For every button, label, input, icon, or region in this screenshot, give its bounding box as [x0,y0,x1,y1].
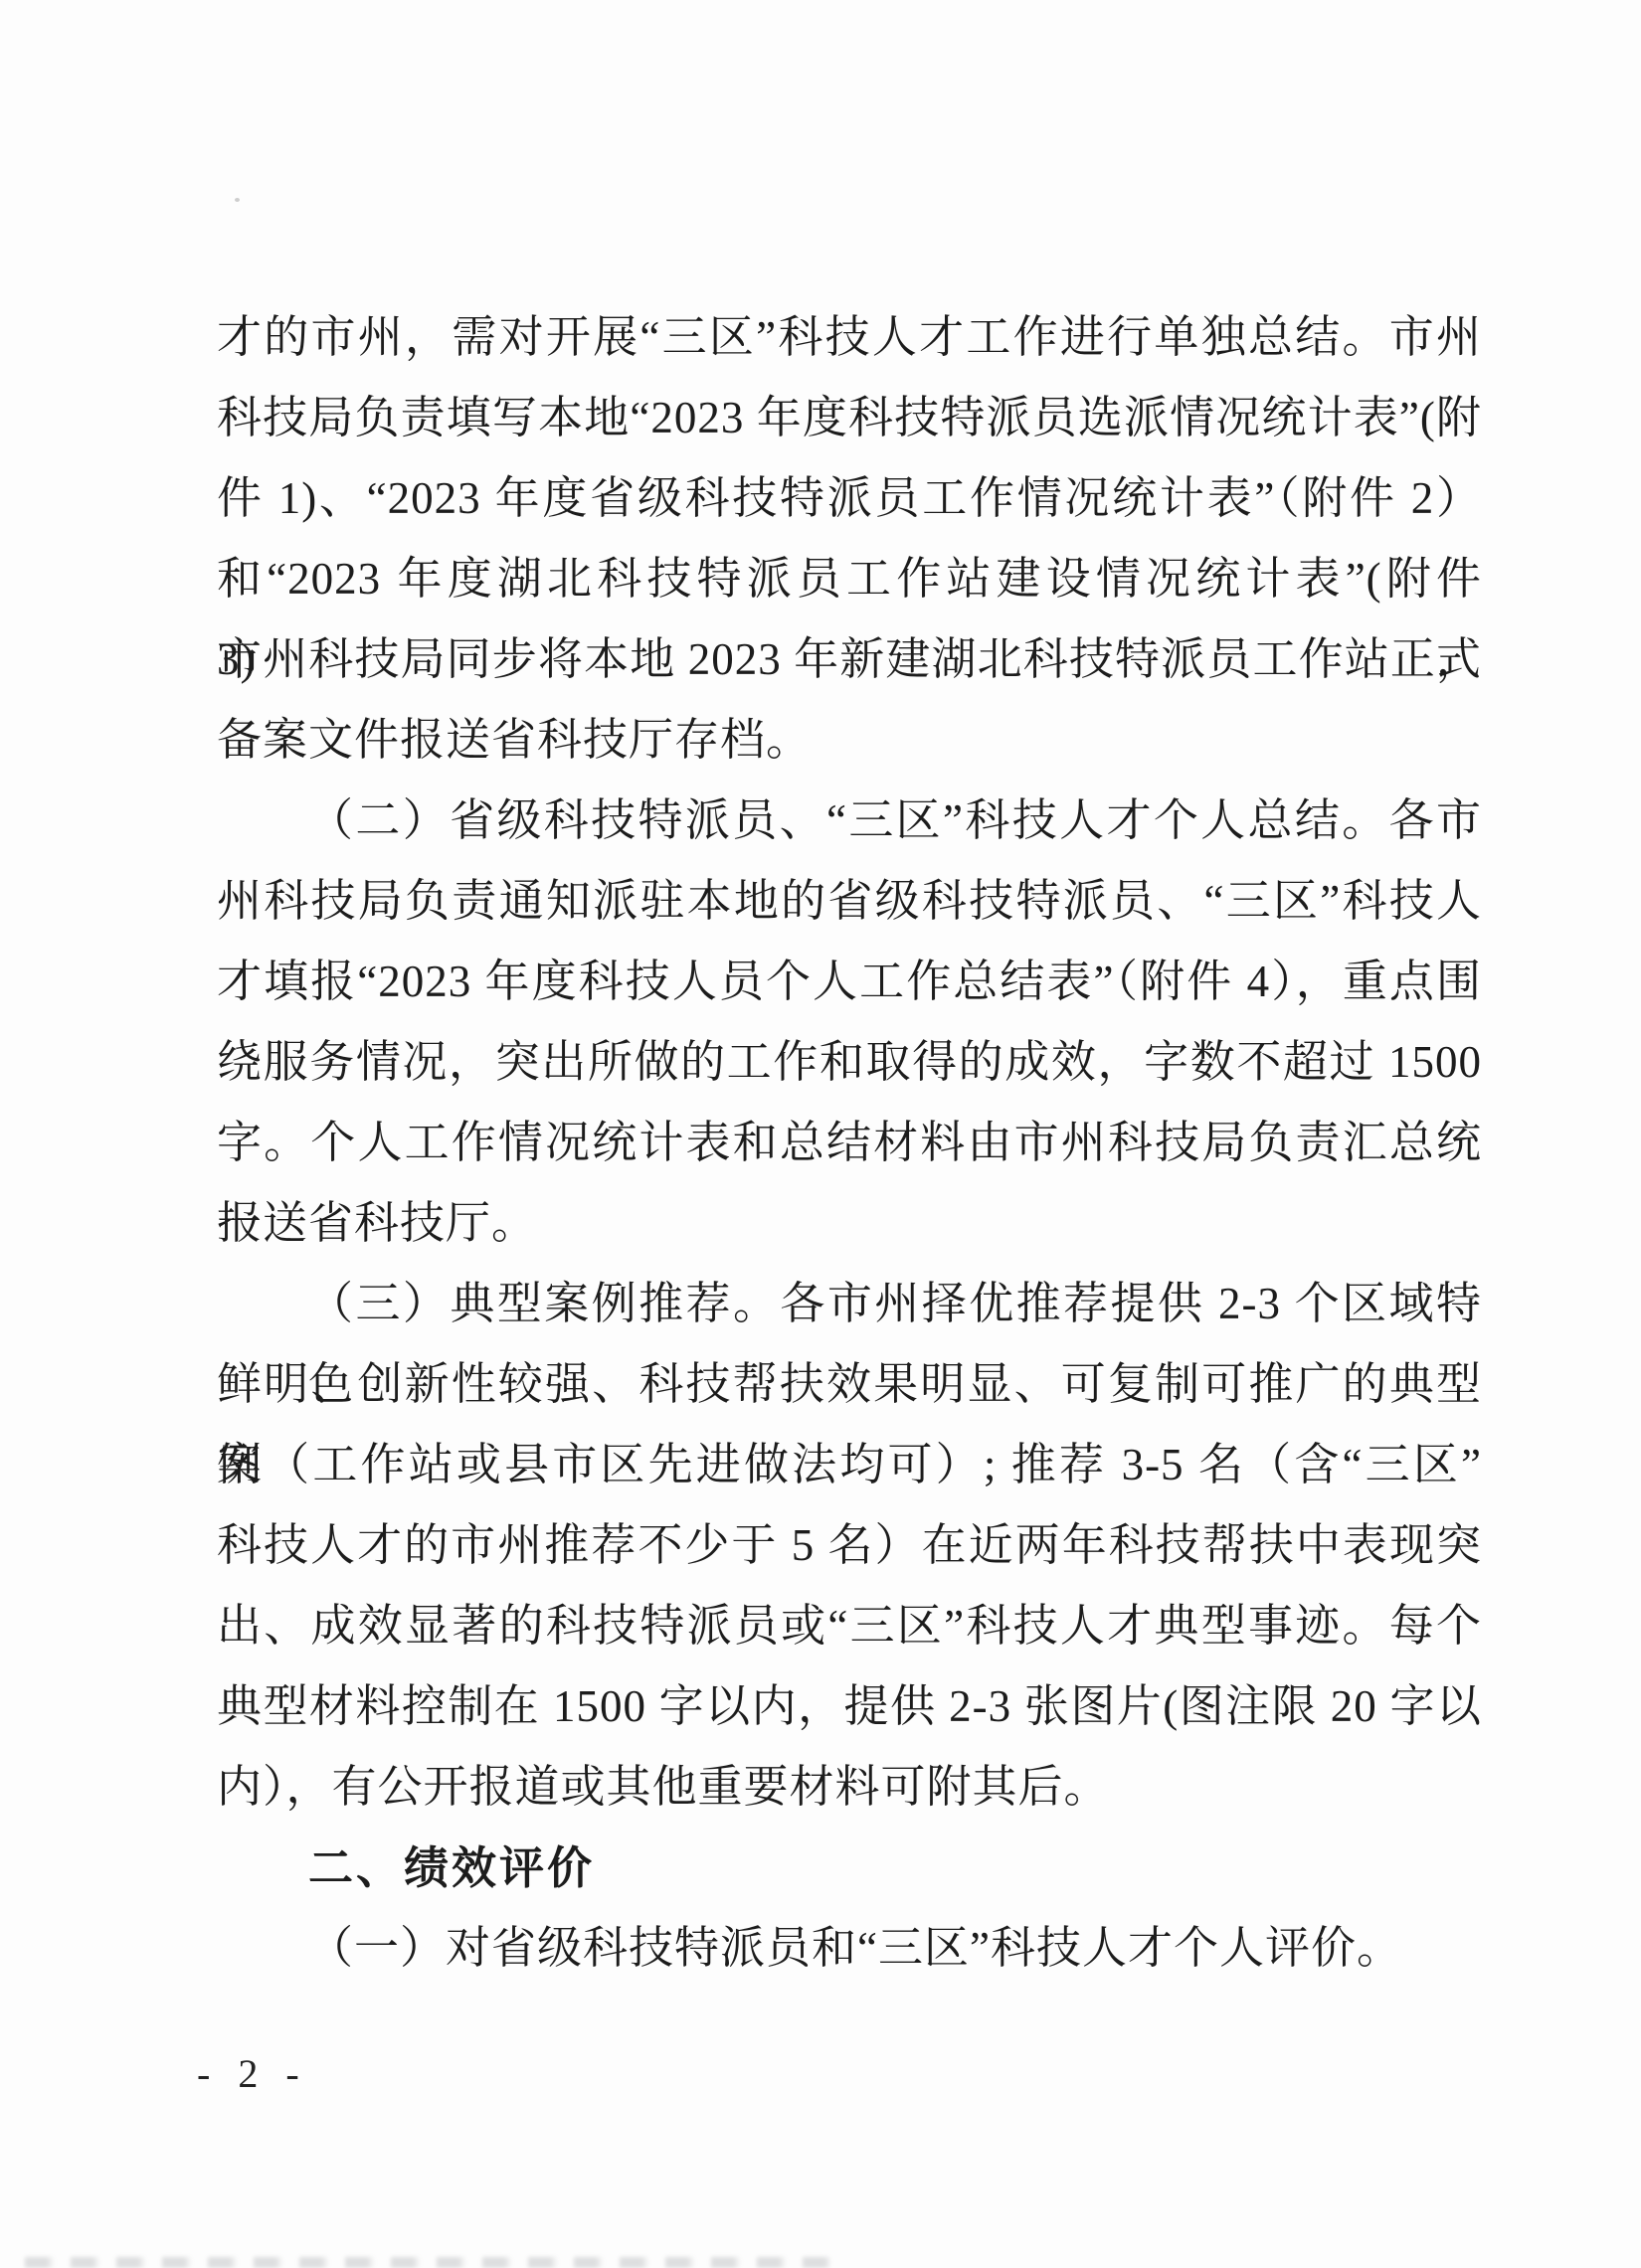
body-line: 绕服务情况，突出所做的工作和取得的成效，字数不超过 1500 [217,1022,1482,1103]
body-line: 才的市州，需对开展“三区”科技人才工作进行单独总结。市州 [217,297,1482,378]
body-line: 科技人才的市州推荐不少于 5 名）在近两年科技帮扶中表现突 [217,1505,1482,1586]
body-line: 出、成效显著的科技特派员或“三区”科技人才典型事迹。每个 [217,1586,1482,1666]
body-line: 才填报“2023 年度科技人员个人工作总结表”（附件 4），重点围 [217,942,1482,1022]
page-number: - 2 - [197,2050,308,2098]
document-body: 才的市州，需对开展“三区”科技人才工作进行单独总结。市州 科技局负责填写本地“2… [217,297,1482,1989]
body-line: 备案文件报送省科技厅存档。 [217,700,1482,781]
body-line: 例（工作站或县市区先进做法均可）; 推荐 3-5 名（含“三区” [217,1425,1482,1505]
body-line: 报送省科技厅。 [217,1183,1482,1264]
body-line: 科技局负责填写本地“2023 年度科技特派员选派情况统计表”(附 [217,378,1482,458]
body-line: 典型材料控制在 1500 字以内，提供 2-3 张图片(图注限 20 字以 [217,1666,1482,1747]
section-heading: 二、绩效评价 [217,1828,1482,1908]
paragraph-start-line: （三）典型案例推荐。各市州择优推荐提供 2-3 个区域特色 [217,1264,1482,1344]
body-line: 字。个人工作情况统计表和总结材料由市州科技局负责汇总统一 [217,1103,1482,1183]
scan-bleed-artifact [25,2257,830,2268]
scan-speck [235,198,240,202]
body-line: 鲜明、创新性较强、科技帮扶效果明显、可复制可推广的典型案 [217,1344,1482,1425]
document-page: 才的市州，需对开展“三区”科技人才工作进行单独总结。市州 科技局负责填写本地“2… [0,0,1641,2268]
body-line: 和“2023 年度湖北科技特派员工作站建设情况统计表”(附件 3)， [217,539,1482,619]
body-line: 市州科技局同步将本地 2023 年新建湖北科技特派员工作站正式 [217,619,1482,700]
paragraph-start-line: （一）对省级科技特派员和“三区”科技人才个人评价。 [217,1908,1482,1989]
paragraph-start-line: （二）省级科技特派员、“三区”科技人才个人总结。各市 [217,781,1482,861]
body-line: 州科技局负责通知派驻本地的省级科技特派员、“三区”科技人 [217,861,1482,942]
body-line: 件 1)、“2023 年度省级科技特派员工作情况统计表”（附件 2） [217,458,1482,539]
body-line: 内），有公开报道或其他重要材料可附其后。 [217,1747,1482,1828]
